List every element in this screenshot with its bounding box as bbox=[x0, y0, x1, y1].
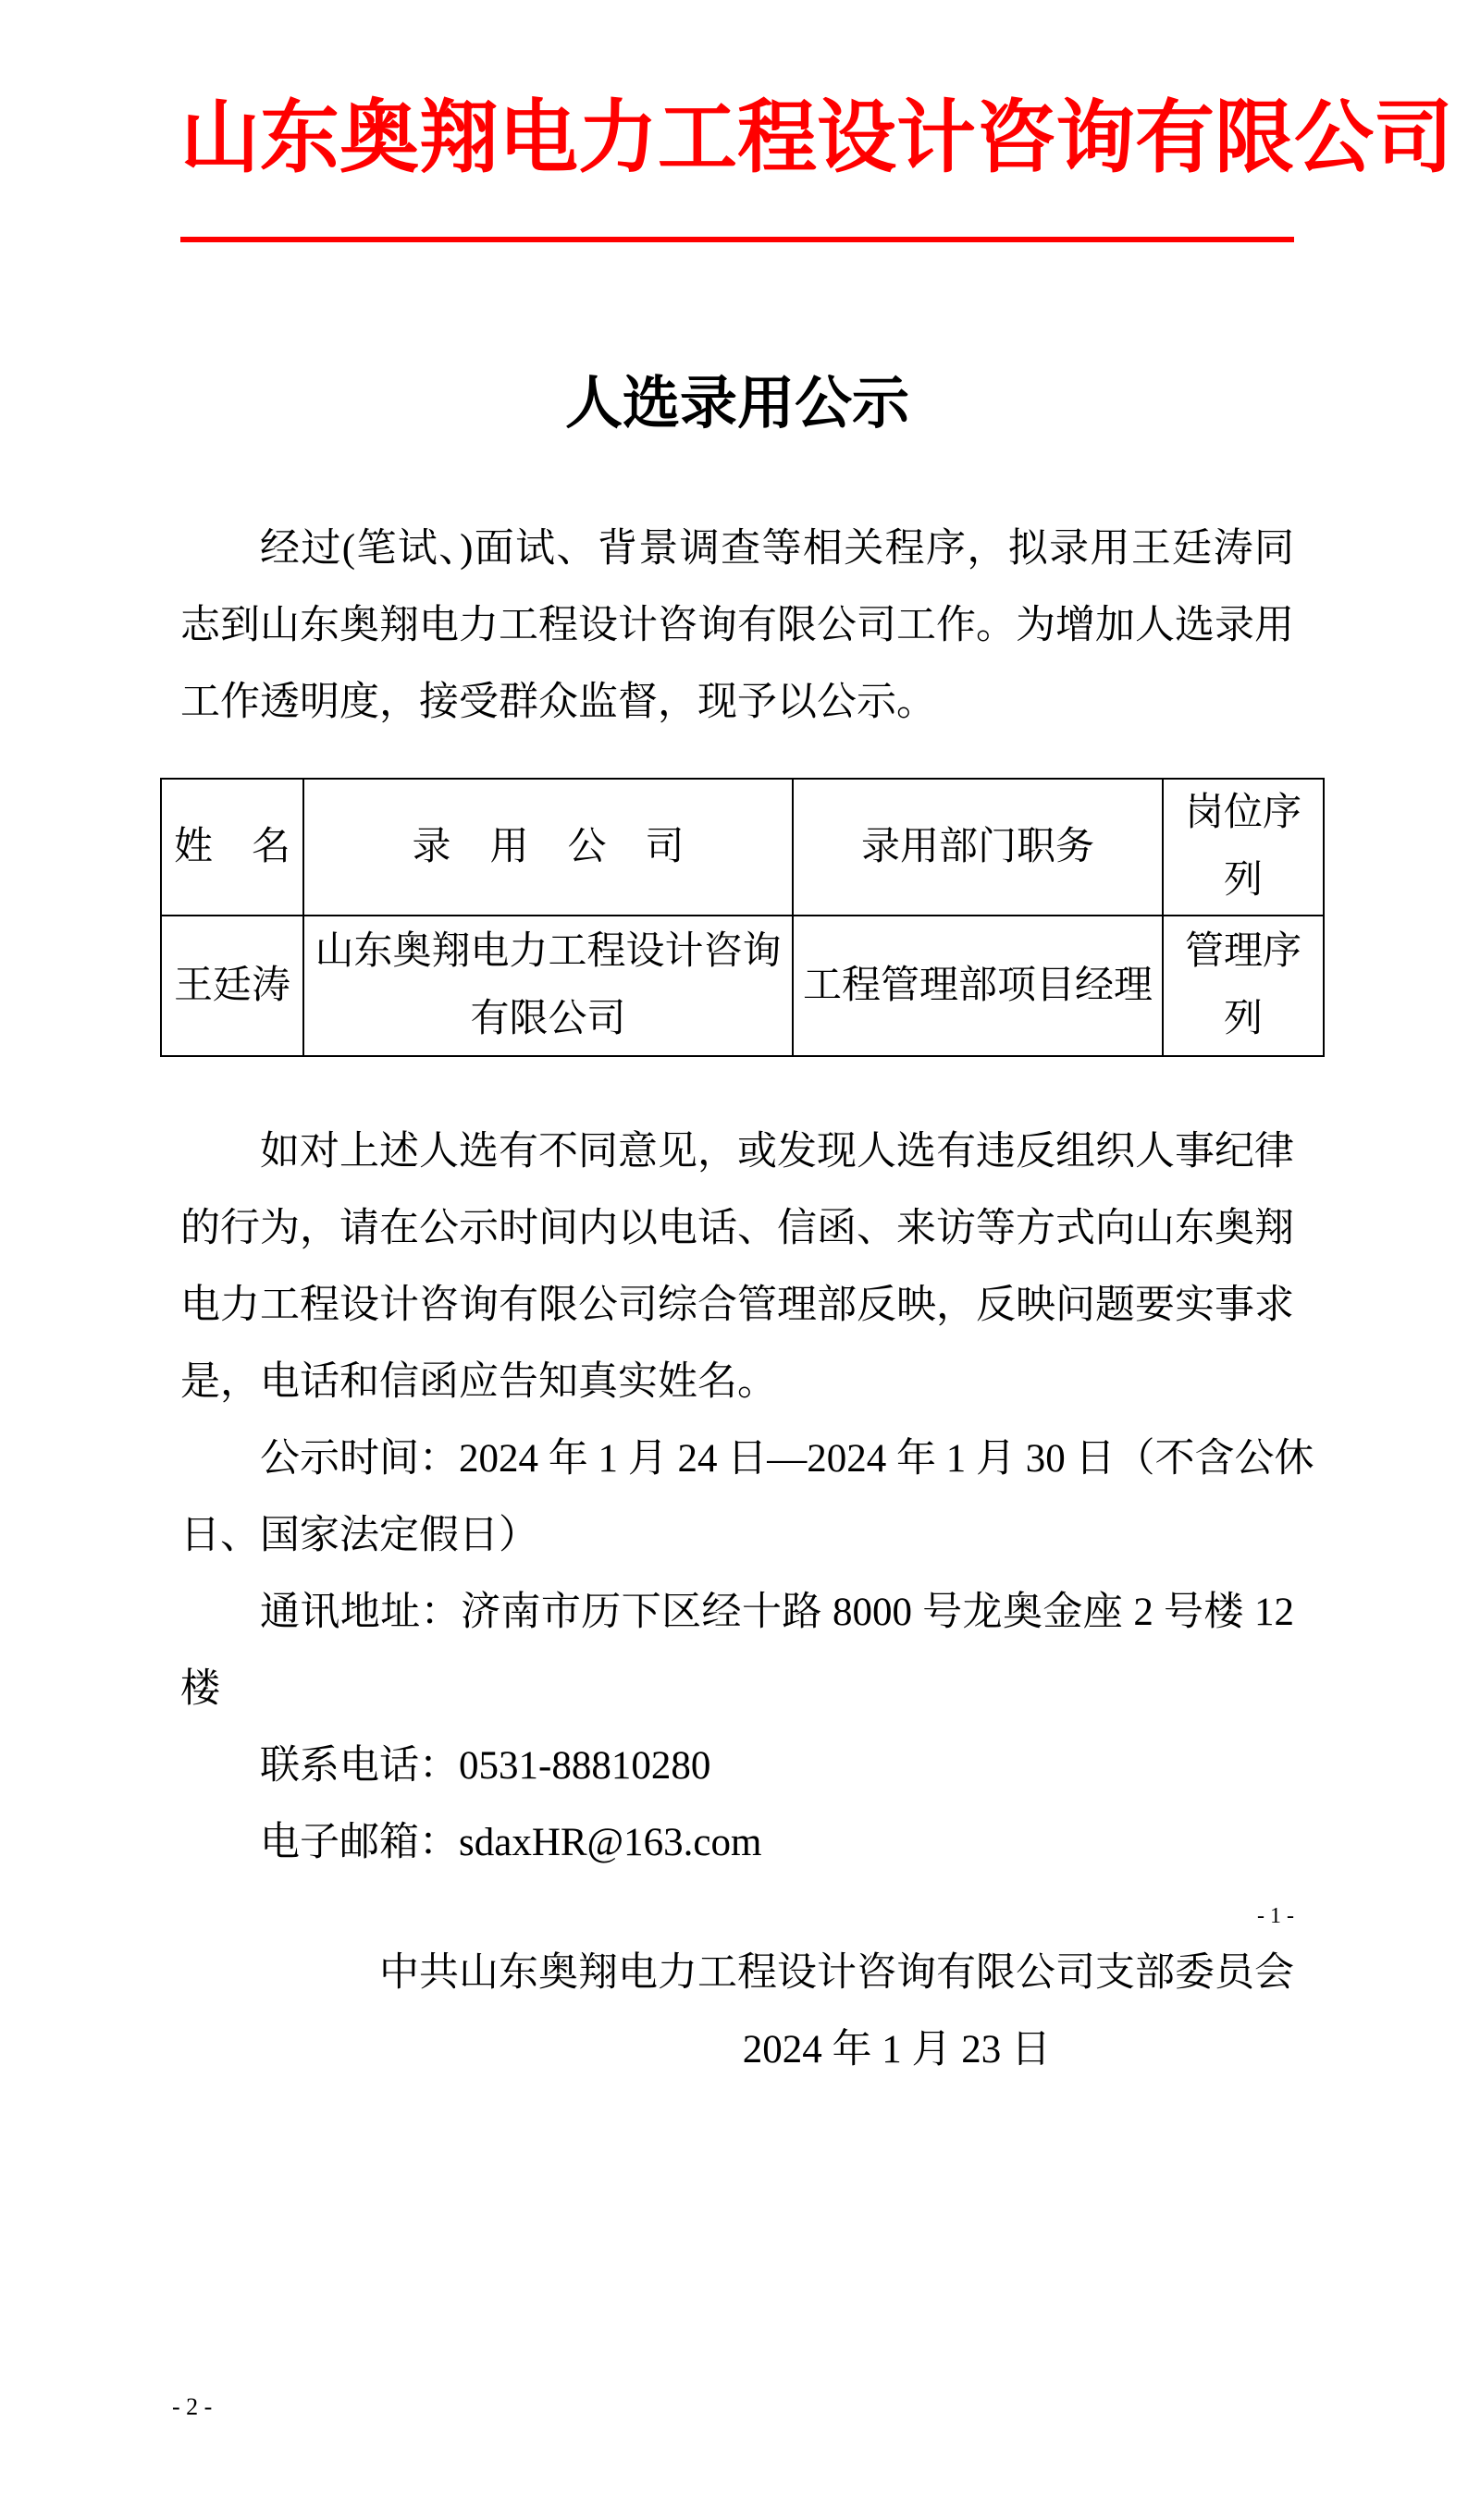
col-header-company: 录 用 公 司 bbox=[303, 779, 793, 916]
publicity-period-line-2: 日、国家法定假日） bbox=[180, 1497, 1294, 1574]
inline-page-number: - 1 - bbox=[180, 1898, 1294, 1935]
table-row: 王廷涛 山东奥翔电力工程设计咨询有限公司 工程管理部项目经理 管理序列 bbox=[161, 916, 1324, 1056]
address-line-2: 楼 bbox=[180, 1651, 1294, 1727]
intro-line-3: 工作透明度，接受群众监督，现予以公示。 bbox=[180, 664, 1294, 741]
cell-name: 王廷涛 bbox=[161, 916, 303, 1056]
letterhead-company-title: 山东奥翔电力工程设计咨询有限公司 bbox=[180, 98, 1294, 178]
intro-line-1: 经过(笔试、)面试、背景调查等相关程序，拟录用王廷涛同 bbox=[180, 510, 1294, 587]
footer-page-number: - 2 - bbox=[172, 2391, 212, 2424]
recruitment-table: 姓 名 录 用 公 司 录用部门职务 岗位序列 王廷涛 山东奥翔电力工程设计咨询… bbox=[160, 778, 1325, 1057]
col-header-sequence: 岗位序列 bbox=[1163, 779, 1324, 916]
document-content: 山东奥翔电力工程设计咨询有限公司 人选录用公示 经过(笔试、)面试、背景调查等相… bbox=[0, 0, 1468, 2088]
phone-line: 联系电话：0531-88810280 bbox=[180, 1727, 1294, 1804]
feedback-line-1: 如对上述人选有不同意见，或发现人选有违反组织人事纪律 bbox=[180, 1113, 1294, 1190]
address-line-1: 通讯地址：济南市历下区经十路 8000 号龙奥金座 2 号楼 12 bbox=[180, 1574, 1294, 1651]
email-line: 电子邮箱：sdaxHR@163.com bbox=[180, 1804, 1294, 1881]
intro-paragraph: 经过(笔试、)面试、背景调查等相关程序，拟录用王廷涛同 志到山东奥翔电力工程设计… bbox=[180, 510, 1294, 741]
cell-company: 山东奥翔电力工程设计咨询有限公司 bbox=[303, 916, 793, 1056]
cell-sequence: 管理序列 bbox=[1163, 916, 1324, 1056]
signature-committee: 中共山东奥翔电力工程设计咨询有限公司支部委员会 bbox=[180, 1935, 1294, 2011]
feedback-line-2: 的行为，请在公示时间内以电话、信函、来访等方式向山东奥翔 bbox=[180, 1190, 1294, 1267]
table-header-row: 姓 名 录 用 公 司 录用部门职务 岗位序列 bbox=[161, 779, 1324, 916]
intro-line-2: 志到山东奥翔电力工程设计咨询有限公司工作。为增加人选录用 bbox=[180, 587, 1294, 664]
publicity-period-line-1: 公示时间：2024 年 1 月 24 日—2024 年 1 月 30 日（不含公… bbox=[180, 1420, 1294, 1497]
col-header-name: 姓 名 bbox=[161, 779, 303, 916]
col-header-department: 录用部门职务 bbox=[793, 779, 1163, 916]
red-divider-line bbox=[180, 237, 1294, 242]
feedback-line-3: 电力工程设计咨询有限公司综合管理部反映，反映问题要实事求 bbox=[180, 1267, 1294, 1344]
feedback-line-4: 是，电话和信函应告知真实姓名。 bbox=[180, 1344, 1294, 1420]
document-page: 山东奥翔电力工程设计咨询有限公司 人选录用公示 经过(笔试、)面试、背景调查等相… bbox=[0, 0, 1468, 2520]
feedback-paragraph: 如对上述人选有不同意见，或发现人选有违反组织人事纪律 的行为，请在公示时间内以电… bbox=[180, 1113, 1294, 1881]
cell-department: 工程管理部项目经理 bbox=[793, 916, 1163, 1056]
signature-date: 2024 年 1 月 23 日 bbox=[180, 2011, 1294, 2088]
notice-title: 人选录用公示 bbox=[180, 372, 1294, 436]
